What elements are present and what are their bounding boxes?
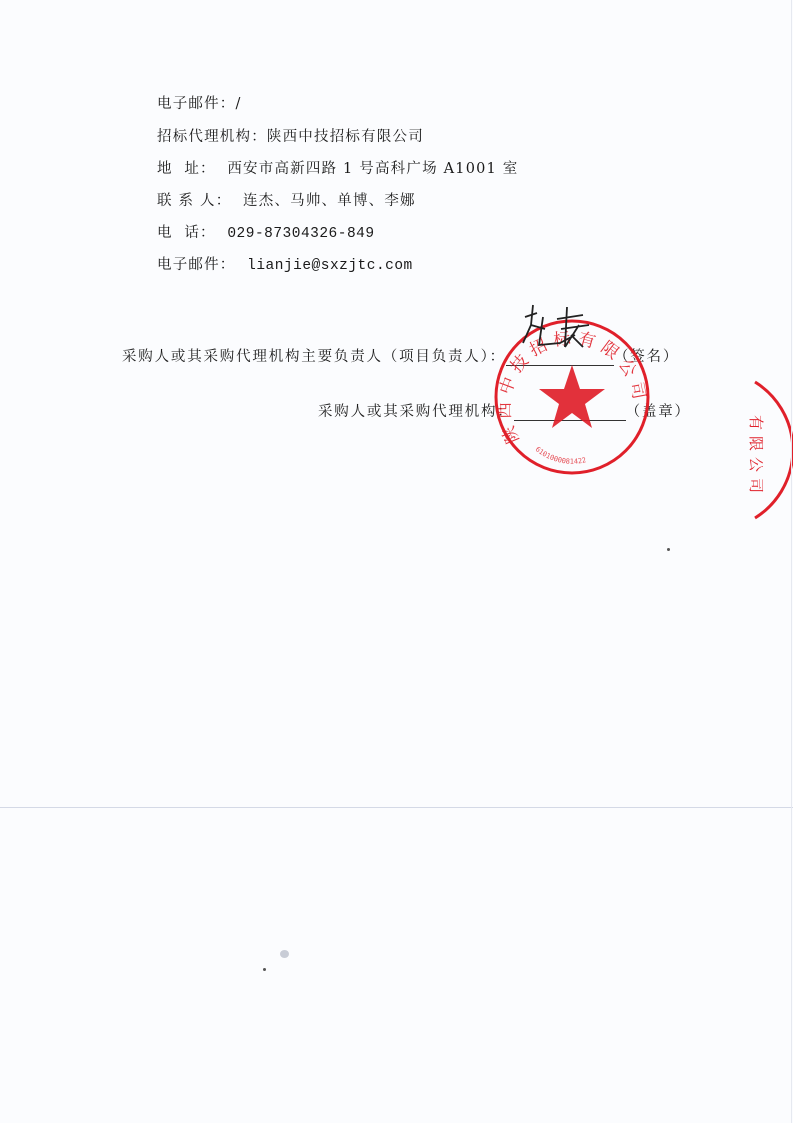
svg-text:6101000081422: 6101000081422 xyxy=(534,445,587,465)
agency-label: 采购人或其采购代理机构： xyxy=(318,404,514,420)
contact-phone: 电 话： 029-87304326-849 xyxy=(157,221,375,242)
scan-speck xyxy=(263,968,266,971)
responsible-label: 采购人或其采购代理机构主要负责人（项目负责人）： xyxy=(122,349,506,365)
agency-seal-row: 采购人或其采购代理机构：（盖章） xyxy=(318,400,691,421)
official-seal-stamp: 陕西中技招标有限公司 6101000081422 xyxy=(490,315,655,480)
field-value: 西安市高新四路 1 号高科广场 A1001 室 xyxy=(227,161,518,177)
responsible-suffix: （签名） xyxy=(614,349,679,365)
field-value: / xyxy=(236,96,242,112)
field-label: 电子邮件： xyxy=(157,96,236,112)
page-fold-line xyxy=(0,807,793,808)
field-value: 连杰、马帅、单博、李娜 xyxy=(243,193,416,209)
agency-suffix: （盖章） xyxy=(626,404,691,420)
responsible-signature-row: 采购人或其采购代理机构主要负责人（项目负责人）：（签名） xyxy=(122,345,679,366)
page-edge xyxy=(791,0,792,1123)
seal-serial: 6101000081422 xyxy=(534,445,587,465)
contact-email: 电子邮件： lianjie@sxzjtc.com xyxy=(157,253,413,274)
field-label: 招标代理机构： xyxy=(157,129,267,145)
partial-seal-text: 有限公司 xyxy=(747,415,765,499)
agency-address: 地 址： 西安市高新四路 1 号高科广场 A1001 室 xyxy=(157,157,518,178)
field-value: lianjie@sxzjtc.com xyxy=(247,258,413,274)
field-label: 地 址： xyxy=(157,161,216,177)
field-label: 联 系 人： xyxy=(157,193,231,209)
agency-name: 招标代理机构：陕西中技招标有限公司 xyxy=(157,125,424,146)
field-value: 陕西中技招标有限公司 xyxy=(267,129,424,145)
partial-seal-stamp: 有限公司 xyxy=(735,380,793,520)
field-label: 电子邮件： xyxy=(157,257,236,273)
field-label: 电 话： xyxy=(157,225,216,241)
contact-persons: 联 系 人： 连杰、马帅、单博、李娜 xyxy=(157,189,416,210)
seal-line xyxy=(514,406,626,421)
contact-email-blank: 电子邮件：/ xyxy=(157,92,242,113)
scan-smudge xyxy=(280,950,289,958)
signature-line xyxy=(506,351,614,366)
scan-speck xyxy=(667,548,670,551)
field-value: 029-87304326-849 xyxy=(227,226,374,242)
